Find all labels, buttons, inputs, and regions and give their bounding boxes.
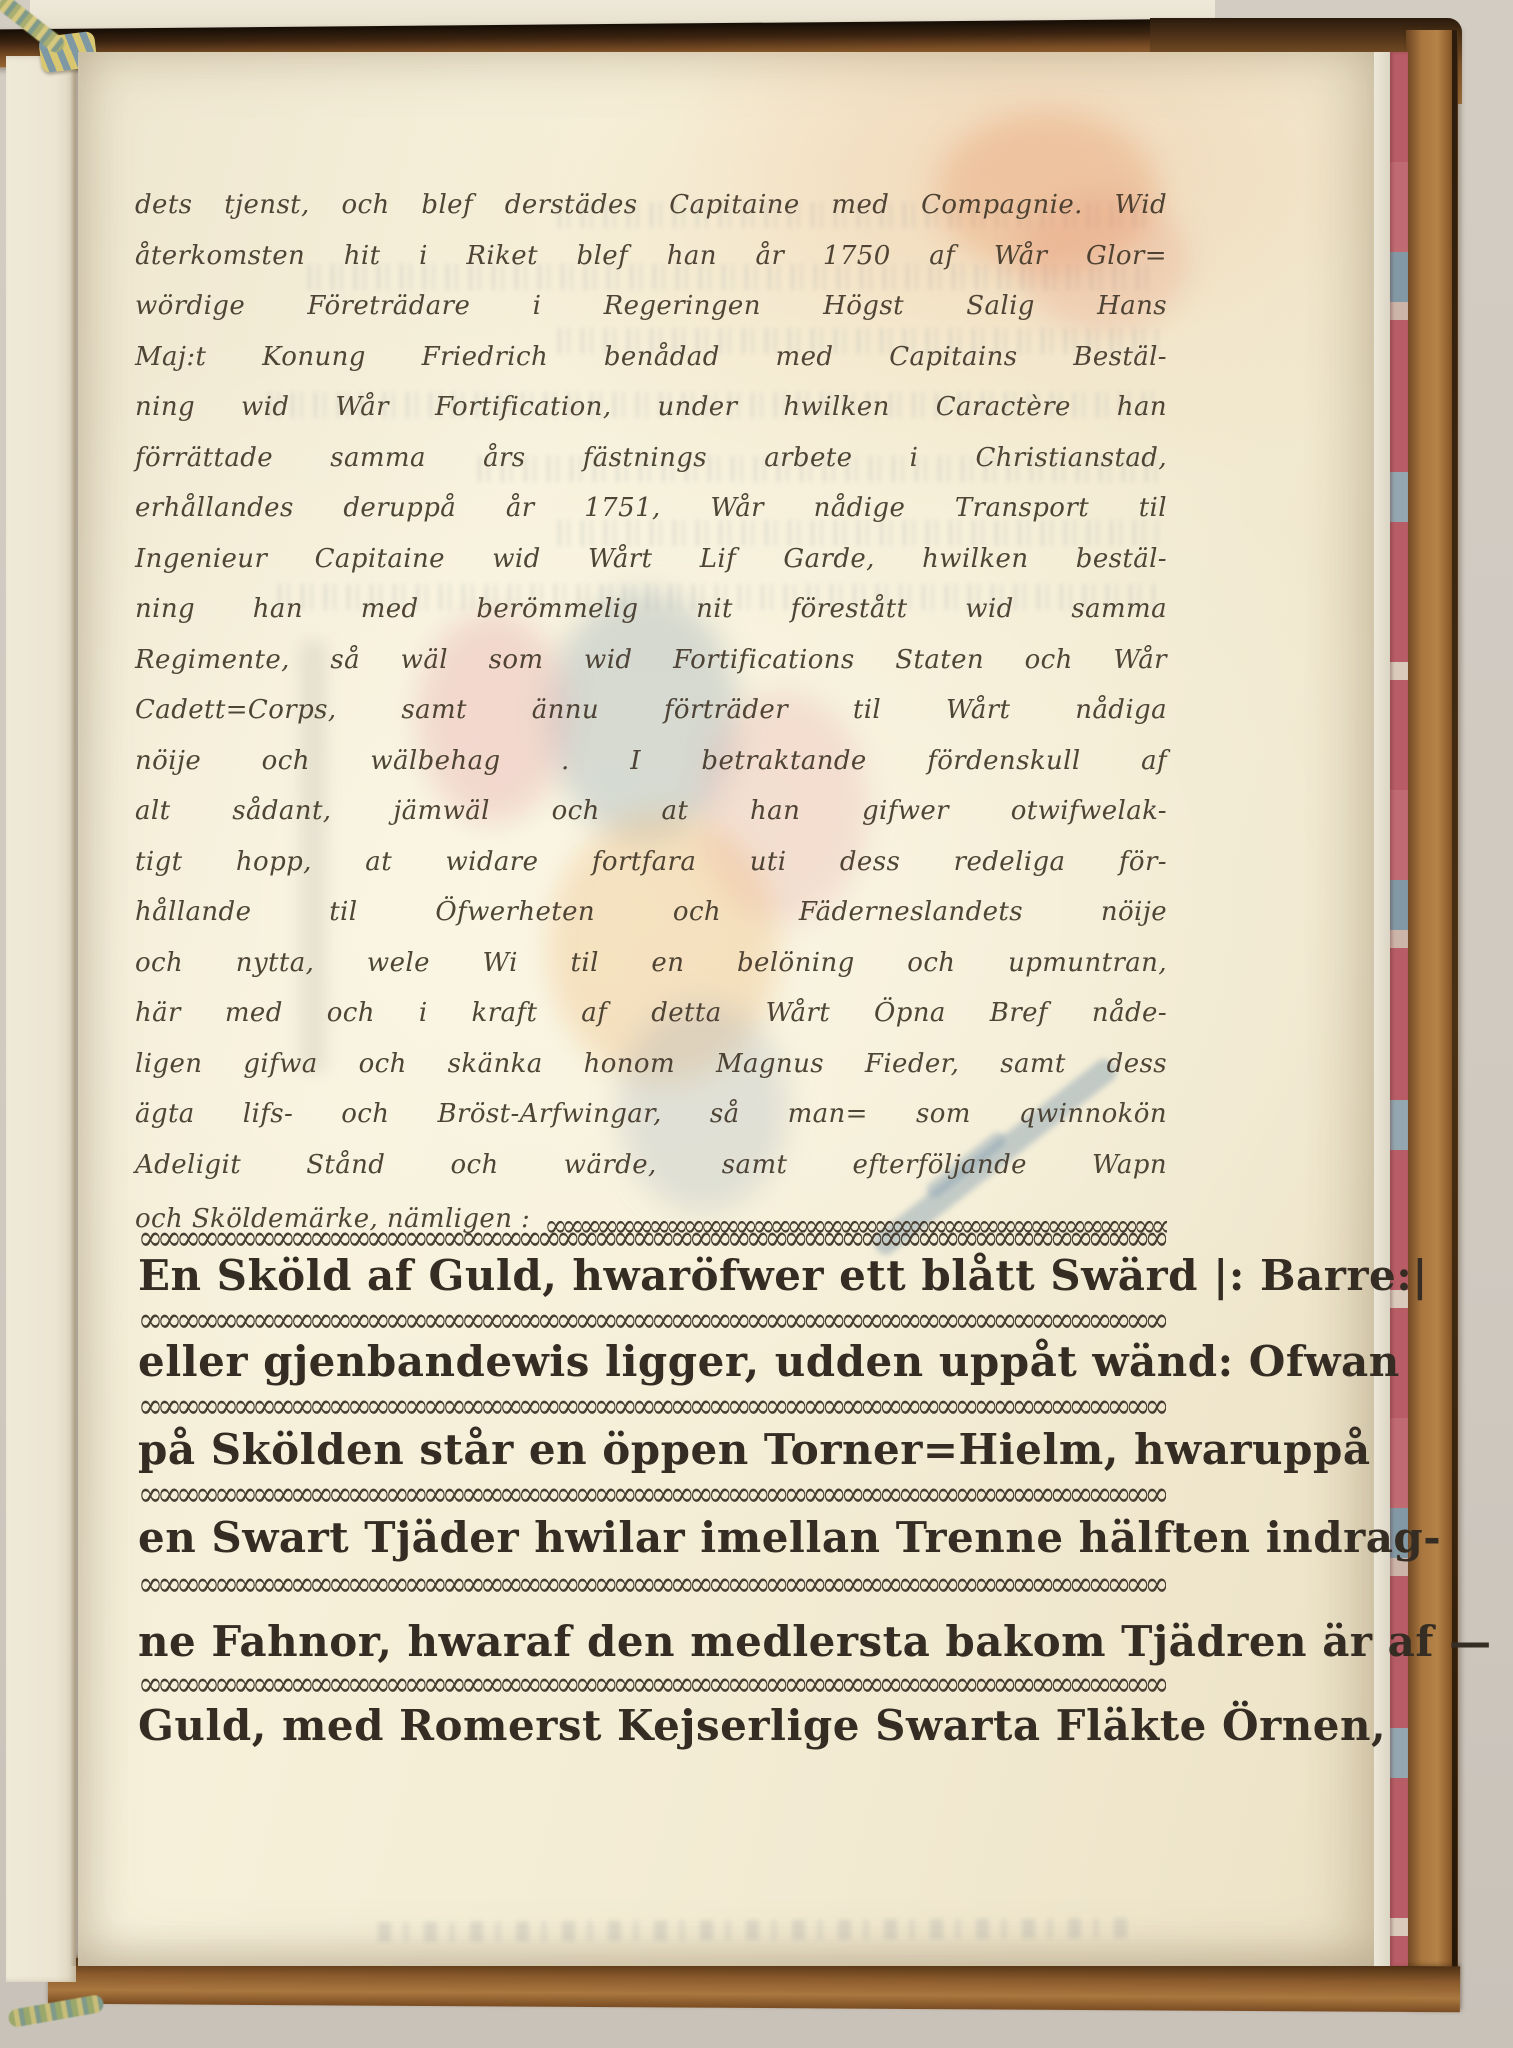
- manuscript-line: erhållandes deruppå år 1751, Wår nådige …: [135, 486, 1167, 534]
- heraldic-line: Guld, med Romerst Kejserlige Swarta Fläk…: [138, 1700, 1168, 1754]
- page-block-edge: [1372, 52, 1392, 1966]
- manuscript-line: wördige Företrädare i Regeringen Högst S…: [135, 284, 1167, 332]
- manuscript-line: förrättade samma års fästnings arbete i …: [135, 436, 1167, 484]
- manuscript-line: ning wid Wår Fortification, under hwilke…: [135, 385, 1167, 433]
- manuscript-line: alt sådant, jämwäl och at han gifwer otw…: [135, 789, 1167, 837]
- manuscript-line: Regimente, så wäl som wid Fortifications…: [135, 638, 1167, 686]
- previous-page-edge: [6, 56, 76, 1982]
- manuscript-line: Ingenieur Capitaine wid Wårt Lif Garde, …: [135, 537, 1167, 585]
- manuscript-line: Maj:t Konung Friedrich benådad med Capit…: [135, 335, 1167, 383]
- heraldic-line: En Sköld af Guld, hwaröfwer ett blått Sw…: [138, 1250, 1168, 1304]
- ornament-chain: ∞∞∞∞∞∞∞∞∞∞∞∞∞∞∞∞∞∞∞∞∞∞∞∞∞∞∞∞∞∞∞∞∞∞∞∞∞∞∞∞…: [138, 1568, 1166, 1603]
- manuscript-line: Adeligit Stånd och wärde, samt efterfölj…: [135, 1143, 1167, 1191]
- manuscript-line: ägta lifs- och Bröst-Arfwingar, så man= …: [135, 1092, 1167, 1140]
- book-cover-right-board: [1406, 30, 1458, 2010]
- manuscript-line: återkomsten hit i Riket blef han år 1750…: [135, 234, 1167, 282]
- manuscript-line: nöije och wälbehag . I betraktande förde…: [135, 739, 1167, 787]
- heraldic-line: ne Fahnor, hwaraf den medlersta bakom Tj…: [138, 1616, 1168, 1670]
- ghost-text-bottom: [378, 1918, 1138, 1942]
- manuscript-line: ligen gifwa och skänka honom Magnus Fied…: [135, 1042, 1167, 1090]
- heraldic-line: en Swart Tjäder hwilar imellan Trenne hä…: [138, 1512, 1168, 1566]
- book-cover-right-dark-edge: [1452, 30, 1457, 2012]
- heraldic-line: på Skölden står en öppen Torner=Hielm, h…: [138, 1424, 1168, 1478]
- manuscript-line: hållande til Öfwerheten och Fädernesland…: [135, 890, 1167, 938]
- manuscript-page: dets tjenst, och blef derstädes Capitain…: [78, 52, 1374, 1966]
- manuscript-line: ning han med berömmelig nit förestått wi…: [135, 587, 1167, 635]
- ornament-chain: ∞∞∞∞∞∞∞∞∞∞∞∞∞∞∞∞∞∞∞∞∞∞∞∞∞∞∞∞∞∞∞∞∞∞∞∞∞∞∞∞…: [138, 1478, 1166, 1513]
- manuscript-line: dets tjenst, och blef derstädes Capitain…: [135, 183, 1167, 231]
- ornament-chain: ∞∞∞∞∞∞∞∞∞∞∞∞∞∞∞∞∞∞∞∞∞∞∞∞∞∞∞∞∞∞∞∞∞∞∞∞∞∞∞∞…: [138, 1304, 1166, 1339]
- heraldic-line: eller gjenbandewis ligger, udden uppåt w…: [138, 1336, 1168, 1390]
- ornament-chain: ∞∞∞∞∞∞∞∞∞∞∞∞∞∞∞∞∞∞∞∞∞∞∞∞∞∞∞∞∞∞∞∞∞∞∞∞∞∞∞∞…: [138, 1668, 1166, 1703]
- manuscript-line: tigt hopp, at widare fortfara uti dess r…: [135, 840, 1167, 888]
- manuscript-line: Cadett=Corps, samt ännu förträder til Wå…: [135, 688, 1167, 736]
- manuscript-line: här med och i kraft af detta Wårt Öpna B…: [135, 991, 1167, 1039]
- ornament-chain: ∞∞∞∞∞∞∞∞∞∞∞∞∞∞∞∞∞∞∞∞∞∞∞∞∞∞∞∞∞∞∞∞∞∞∞∞∞∞∞∞…: [138, 1390, 1166, 1425]
- scanned-book-spread: dets tjenst, och blef derstädes Capitain…: [0, 0, 1513, 2048]
- marbled-endpaper-strip: [1390, 52, 1408, 1966]
- manuscript-line: och nytta, wele Wi til en belöning och u…: [135, 941, 1167, 989]
